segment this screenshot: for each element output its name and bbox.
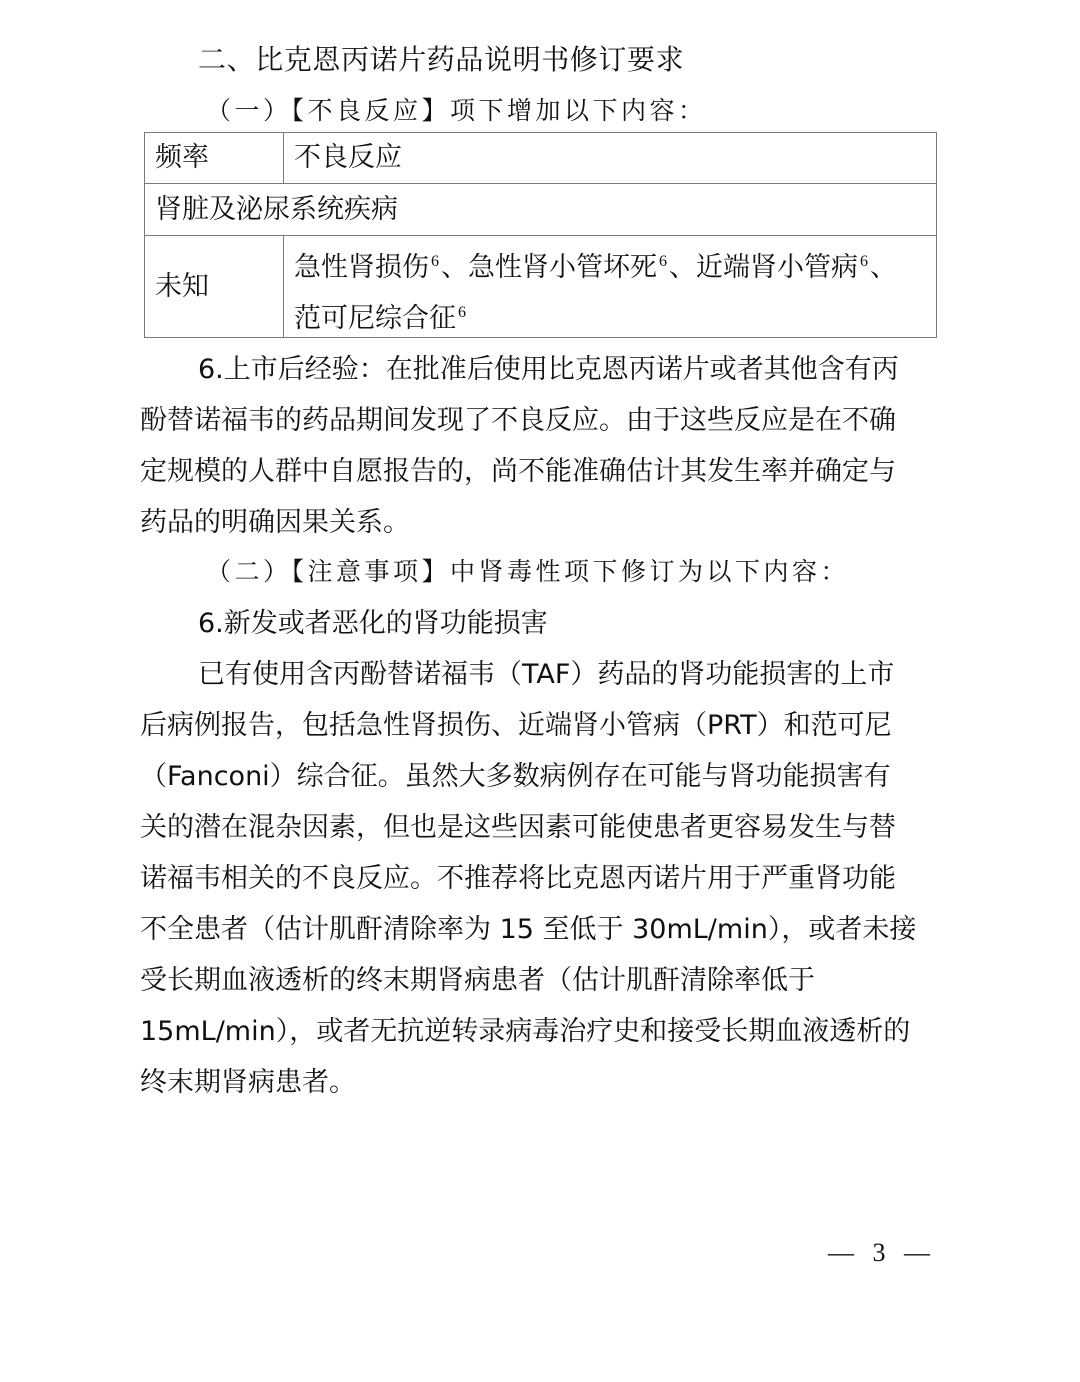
- reaction-item: 急性肾损伤: [294, 252, 429, 283]
- category-renal-urinary: 肾脏及泌尿系统疾病: [145, 184, 937, 236]
- frequency-cell: 未知: [145, 236, 284, 338]
- item-title-text: 6.新发或者恶化的肾功能损害: [140, 598, 940, 649]
- header-adverse-reaction: 不良反应: [284, 133, 937, 184]
- text-line: （Fanconi）综合征。虽然大多数病例存在可能与肾功能损害有: [140, 751, 940, 802]
- text-line: 酚替诺福韦的药品期间发现了不良反应。由于这些反应是在不确: [140, 395, 940, 446]
- text-line: 终末期肾病患者。: [140, 1057, 940, 1108]
- renal-impairment-paragraph: 已有使用含丙酚替诺福韦（TAF）药品的肾功能损害的上市 后病例报告，包括急性肾损…: [140, 649, 940, 1108]
- text-line: 定规模的人群中自愿报告的，尚不能准确估计其发生率并确定与: [140, 446, 940, 497]
- text-line: 已有使用含丙酚替诺福韦（TAF）药品的肾功能损害的上市: [140, 649, 940, 700]
- reaction-item: 近端肾小管病: [696, 252, 858, 283]
- table-category-row: 肾脏及泌尿系统疾病: [145, 184, 937, 236]
- adverse-reactions-table: 频率 不良反应 肾脏及泌尿系统疾病 未知 急性肾损伤6、急性肾小管坏死6、近端肾…: [144, 132, 937, 338]
- text-line: 受长期血液透析的终末期肾病患者（估计肌酐清除率低于: [140, 955, 940, 1006]
- postmarketing-footnote: 6.上市后经验：在批准后使用比克恩丙诺片或者其他含有丙 酚替诺福韦的药品期间发现…: [140, 344, 940, 548]
- reaction-item: 急性肾小管坏死: [468, 252, 657, 283]
- text-line: 15mL/min），或者无抗逆转录病毒治疗史和接受长期血液透析的: [140, 1006, 940, 1057]
- table-row: 未知 急性肾损伤6、急性肾小管坏死6、近端肾小管病6、 范可尼综合征6: [145, 236, 937, 338]
- header-frequency: 频率: [145, 133, 284, 184]
- table-header-row: 频率 不良反应: [145, 133, 937, 184]
- item-title: 6.新发或者恶化的肾功能损害: [140, 598, 940, 649]
- text-line: 后病例报告，包括急性肾损伤、近端肾小管病（PRT）和范可尼: [140, 700, 940, 751]
- text-line: 不全患者（估计肌酐清除率为 15 至低于 30mL/min），或者未接: [140, 904, 940, 955]
- footnote-ref: 6: [431, 253, 439, 270]
- footnote-ref: 6: [659, 253, 667, 270]
- subsection-heading-precautions: （二）【注意事项】中肾毒性项下修订为以下内容：: [206, 552, 849, 592]
- text-line: 诺福韦相关的不良反应。不推荐将比克恩丙诺片用于严重肾功能: [140, 853, 940, 904]
- text-line: 关的潜在混杂因素，但也是这些因素可能使患者更容易发生与替: [140, 802, 940, 853]
- reactions-cell: 急性肾损伤6、急性肾小管坏死6、近端肾小管病6、 范可尼综合征6: [284, 236, 937, 338]
- reaction-item: 范可尼综合征: [294, 303, 456, 334]
- subsection-heading-adverse-reactions: （一）【不良反应】项下增加以下内容：: [206, 91, 707, 131]
- footnote-ref: 6: [458, 304, 466, 321]
- text-line: 6.上市后经验：在批准后使用比克恩丙诺片或者其他含有丙: [140, 344, 940, 395]
- section-heading: 二、比克恩丙诺片药品说明书修订要求: [198, 40, 684, 80]
- footnote-ref: 6: [860, 253, 868, 270]
- page-number: — 3 —: [828, 1238, 936, 1268]
- text-line: 药品的明确因果关系。: [140, 497, 940, 548]
